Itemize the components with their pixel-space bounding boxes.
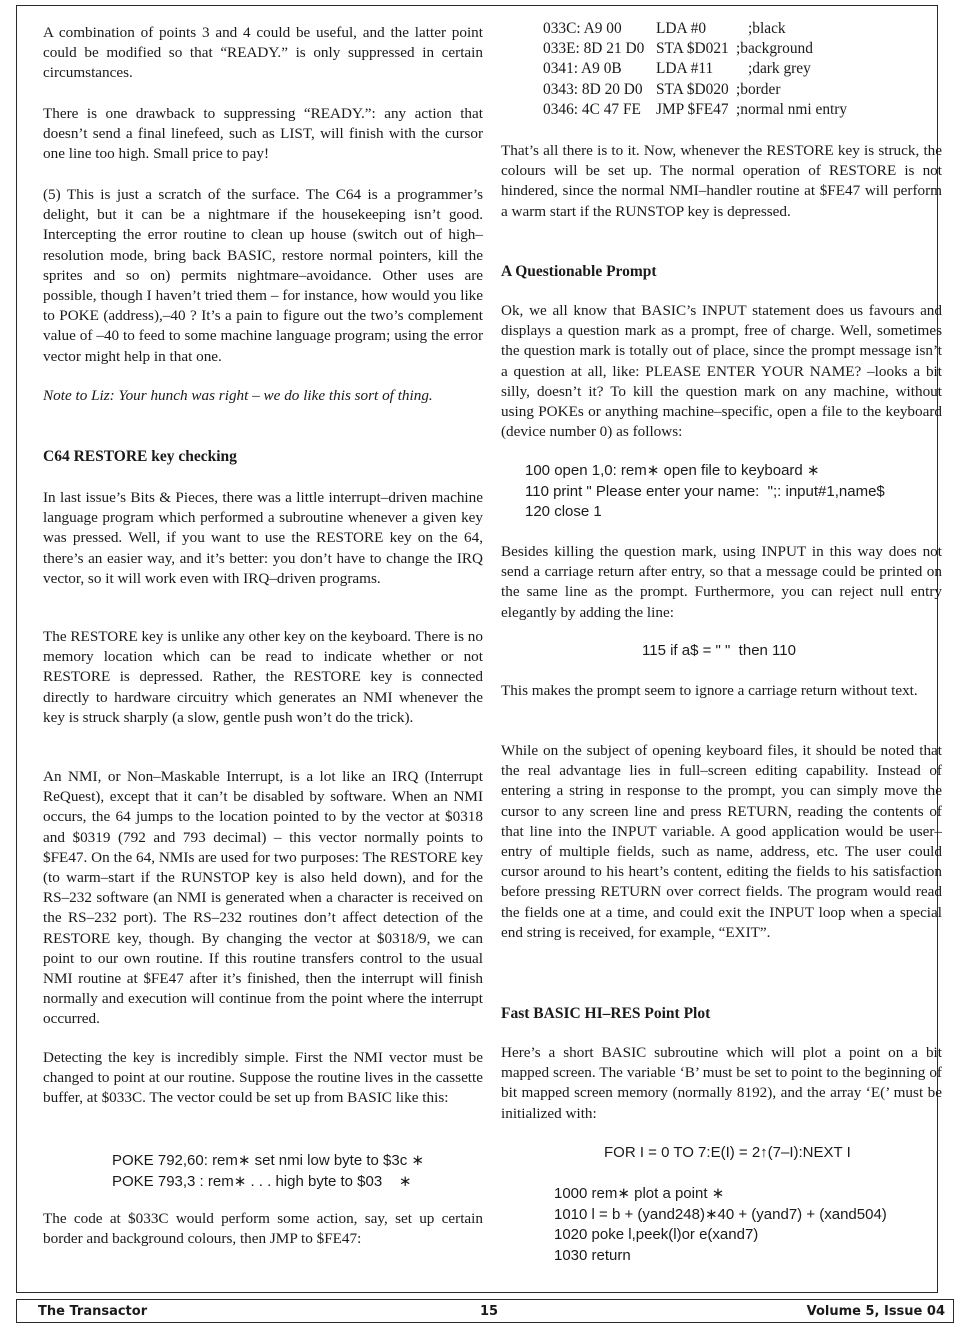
- page-footer: The Transactor 15 Volume 5, Issue 04: [16, 1299, 954, 1323]
- section-heading-plot: Fast BASIC HI–RES Point Plot: [501, 1004, 942, 1024]
- code-line-null-entry: 115 if a$ = " " then 110: [642, 641, 942, 662]
- code-line: POKE 793,3 : rem∗ . . . high byte to $03…: [112, 1172, 483, 1193]
- asm-instruction: LDA #11: [656, 59, 748, 79]
- paragraph: This makes the prompt seem to ignore a c…: [501, 681, 942, 701]
- code-line: 110 print " Please enter your name: ";: …: [525, 482, 942, 503]
- paragraph: There is one drawback to suppressing “RE…: [43, 104, 483, 165]
- asm-instruction: STA $D021: [656, 39, 736, 59]
- code-line-array-init: FOR I = 0 TO 7:E(I) = 2↑(7–I):NEXT I: [604, 1143, 942, 1164]
- asm-comment: ;normal nmi entry: [736, 100, 847, 120]
- publication-name: The Transactor: [38, 1304, 147, 1319]
- page-number: 15: [480, 1304, 498, 1319]
- code-line: 120 close 1: [525, 502, 942, 523]
- asm-line: 033C: A9 00 LDA #0 ;black: [543, 19, 942, 39]
- asm-line: 0343: 8D 20 D0 STA $D020 ;border: [543, 80, 942, 100]
- asm-instruction: JMP $FE47: [656, 100, 736, 120]
- paragraph: Here’s a short BASIC subroutine which wi…: [501, 1043, 942, 1124]
- paragraph: (5) This is just a scratch of the surfac…: [43, 185, 483, 367]
- code-listing-input: 100 open 1,0: rem∗ open file to keyboard…: [525, 461, 942, 523]
- paragraph: Besides killing the question mark, using…: [501, 542, 942, 623]
- paragraph: That’s all there is to it. Now, whenever…: [501, 141, 942, 222]
- paragraph: In last issue’s Bits & Pieces, there was…: [43, 488, 483, 589]
- code-listing-plot: 1000 rem∗ plot a point ∗ 1010 l = b + (y…: [554, 1184, 942, 1266]
- paragraph: The RESTORE key is unlike any other key …: [43, 627, 483, 728]
- paragraph: While on the subject of opening keyboard…: [501, 741, 942, 943]
- paragraph: A combination of points 3 and 4 could be…: [43, 23, 483, 84]
- issue-label: Volume 5, Issue 04: [807, 1304, 945, 1319]
- section-heading-restore: C64 RESTORE key checking: [43, 447, 483, 467]
- code-line: 1010 l = b + (yand248)∗40 + (yand7) + (x…: [554, 1205, 942, 1226]
- assembly-listing: 033C: A9 00 LDA #0 ;black 033E: 8D 21 D0…: [543, 19, 942, 120]
- code-line: 1030 return: [554, 1246, 942, 1267]
- paragraph: The code at $033C would perform some act…: [43, 1209, 483, 1249]
- asm-comment: ;black: [748, 19, 786, 39]
- code-listing-poke: POKE 792,60: rem∗ set nmi low byte to $3…: [112, 1151, 483, 1192]
- code-line: POKE 792,60: rem∗ set nmi low byte to $3…: [112, 1151, 483, 1172]
- editor-note: Note to Liz: Your hunch was right – we d…: [43, 386, 483, 406]
- asm-address: 0343: 8D 20 D0: [543, 80, 656, 100]
- asm-instruction: STA $D020: [656, 80, 736, 100]
- asm-line: 0341: A9 0B LDA #11 ;dark grey: [543, 59, 942, 79]
- asm-address: 033C: A9 00: [543, 19, 656, 39]
- asm-line: 033E: 8D 21 D0 STA $D021 ;background: [543, 39, 942, 59]
- asm-address: 0341: A9 0B: [543, 59, 656, 79]
- code-line: 1020 poke l,peek(l)or e(xand7): [554, 1225, 942, 1246]
- paragraph: An NMI, or Non–Maskable Interrupt, is a …: [43, 767, 483, 1030]
- asm-instruction: LDA #0: [656, 19, 748, 39]
- asm-address: 0346: 4C 47 FE: [543, 100, 656, 120]
- paragraph: Ok, we all know that BASIC’s INPUT state…: [501, 301, 942, 442]
- asm-comment: ;dark grey: [748, 59, 811, 79]
- asm-address: 033E: 8D 21 D0: [543, 39, 656, 59]
- paragraph: Detecting the key is incredibly simple. …: [43, 1048, 483, 1109]
- asm-line: 0346: 4C 47 FE JMP $FE47 ;normal nmi ent…: [543, 100, 942, 120]
- asm-comment: ;border: [736, 80, 780, 100]
- page-frame: A combination of points 3 and 4 could be…: [16, 5, 938, 1293]
- code-line: 1000 rem∗ plot a point ∗: [554, 1184, 942, 1205]
- asm-comment: ;background: [736, 39, 813, 59]
- section-heading-prompt: A Questionable Prompt: [501, 262, 942, 282]
- code-line: 100 open 1,0: rem∗ open file to keyboard…: [525, 461, 942, 482]
